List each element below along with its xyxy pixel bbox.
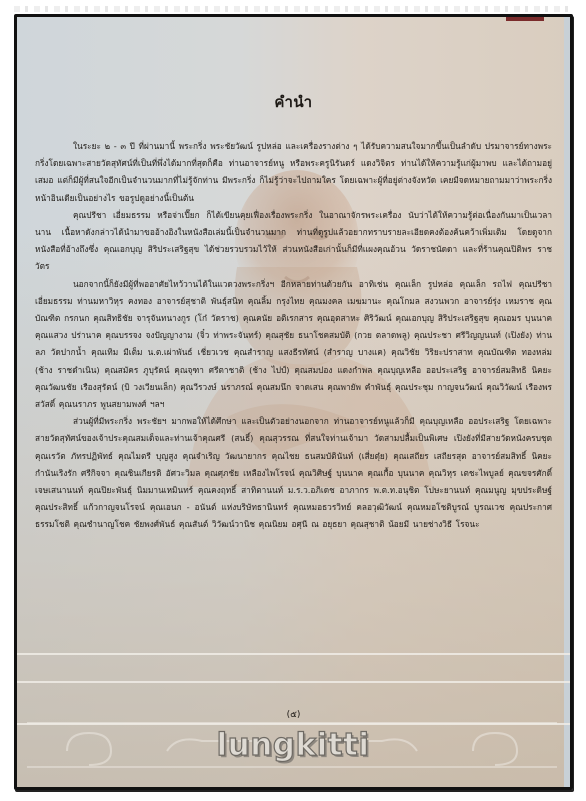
paragraph: ส่วนผู้ที่มีพระกริ่ง พระชัยฯ มากพอให้ได้… (35, 413, 552, 533)
page-number: (๕) (17, 707, 570, 721)
paper-fold-line (17, 723, 570, 725)
paragraph: ในระยะ ๒ - ๓ ปี ที่ผ่านมานี้ พระกริ่ง พร… (35, 138, 552, 207)
document-body: คำนำ ในระยะ ๒ - ๓ ปี ที่ผ่านมานี้ พระกริ… (17, 90, 570, 534)
book-tab-marker (506, 16, 544, 21)
scan-edge (14, 6, 574, 12)
paragraph: คุณปรีชา เอี่ยมธรรม หรือจ่าเปี๊ยก ก็ได้เ… (35, 207, 552, 276)
page-title: คำนำ (35, 90, 552, 114)
paper-fold-line (17, 653, 570, 655)
paragraph: นอกจากนี้ก็ยังมีผู้ที่พออาศัยไหว้วานได้ใ… (35, 276, 552, 414)
scanned-book-page: คำนำ ในระยะ ๒ - ๓ ปี ที่ผ่านมานี้ พระกริ… (14, 14, 573, 790)
paper-fold-line (17, 681, 570, 683)
watermark-text: lungkitti (0, 727, 586, 763)
